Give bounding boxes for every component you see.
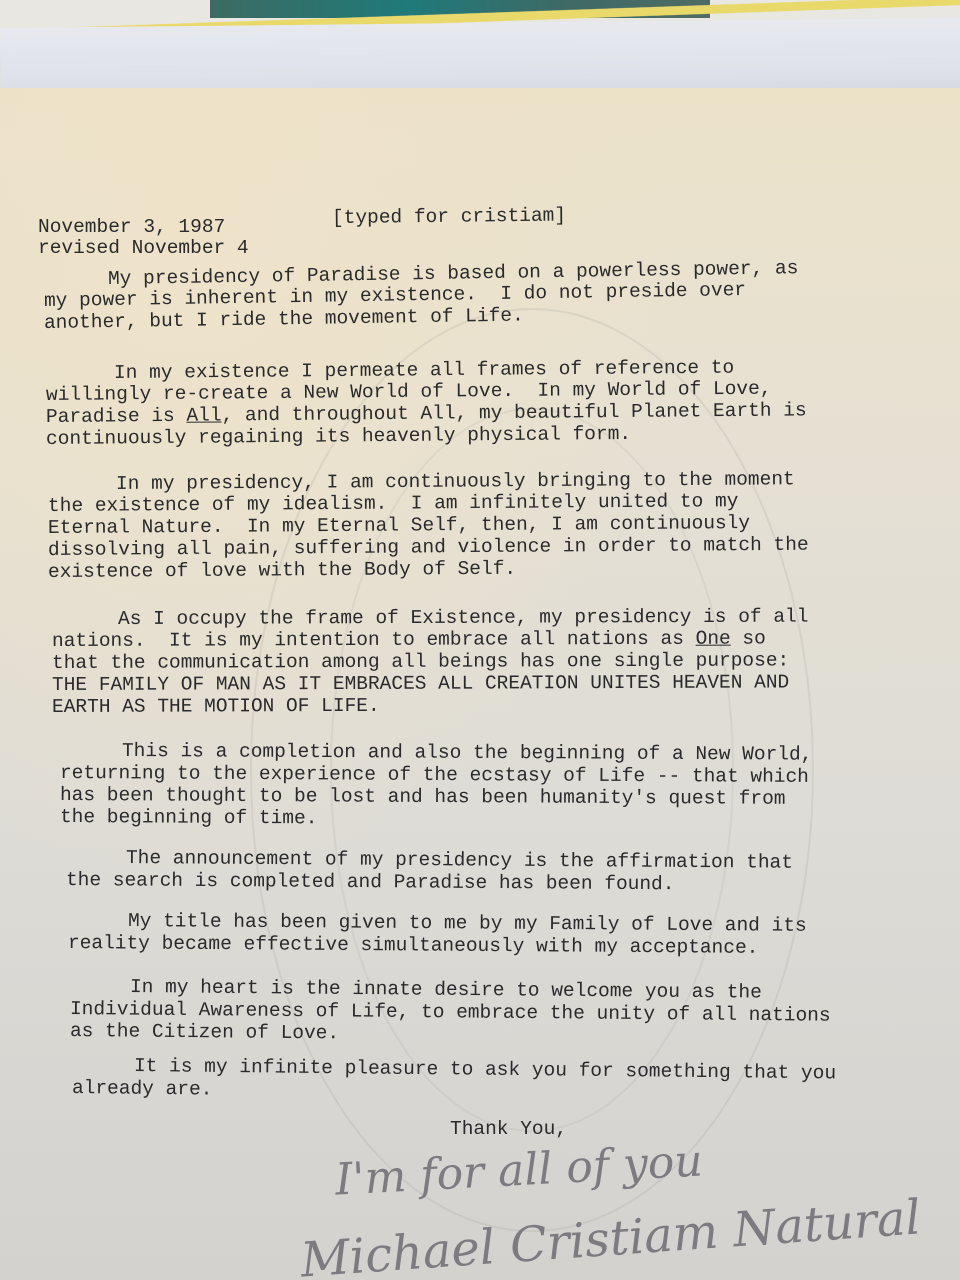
letter-line: As I occupy the frame of Existence, my p… <box>118 606 808 630</box>
letter-line: that the communication among all beings … <box>52 649 789 674</box>
letter-line: the search is completed and Paradise has… <box>66 869 675 895</box>
typed-for-note: [typed for cristiam] <box>332 205 566 229</box>
letter-line: the beginning of time. <box>60 806 318 829</box>
closing-salutation: Thank You, <box>450 1118 567 1140</box>
letter-body: November 3, 1987 revised November 4 [typ… <box>0 0 960 1280</box>
letter-line: reality became effective simultaneously … <box>68 932 759 959</box>
letter-line: as the Citizen of Love. <box>70 1020 339 1044</box>
underlined-word: One <box>696 628 731 650</box>
letter-line: This is a completion and also the beginn… <box>122 740 813 766</box>
letter-revised-date: revised November 4 <box>38 237 249 259</box>
letter-line: continuously regaining its heavenly phys… <box>46 423 631 450</box>
letter-line: already are. <box>72 1077 213 1100</box>
letter-line: nations. It is my intention to embrace a… <box>52 628 766 652</box>
handwritten-note: I'm for all of you <box>335 1150 703 1191</box>
letter-line: THE FAMILY OF MAN AS IT EMBRACES ALL CRE… <box>52 671 789 696</box>
letter-line: dissolving all pain, suffering and viole… <box>48 534 809 561</box>
letter-line: existence of love with the Body of Self. <box>48 558 516 583</box>
letter-line: It is my infinite pleasure to ask you fo… <box>134 1055 836 1084</box>
underlined-word: All <box>186 404 221 426</box>
letter-line: EARTH AS THE MOTION OF LIFE. <box>52 695 380 718</box>
letter-date: November 3, 1987 <box>38 216 225 238</box>
handwritten-signature: Michael Cristiam Natural <box>300 1206 921 1271</box>
